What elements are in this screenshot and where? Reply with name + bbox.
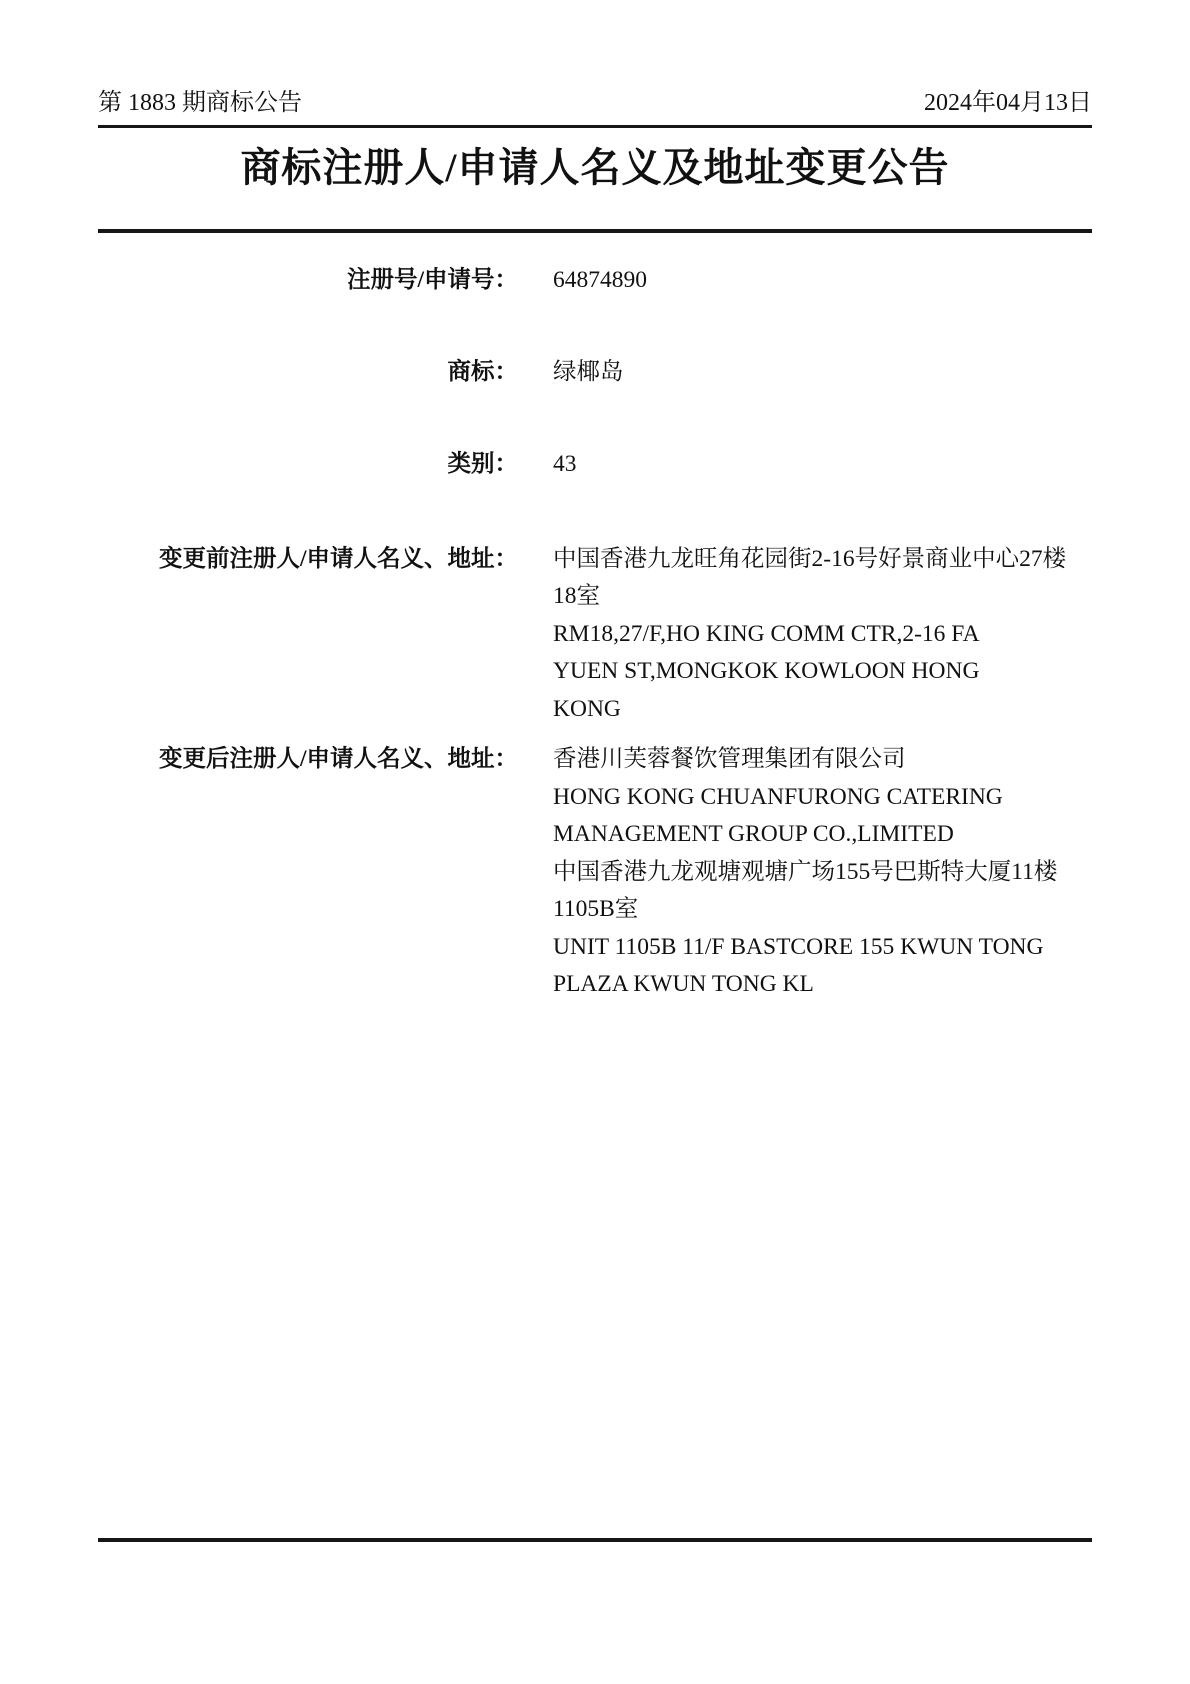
trademark-value: 绿椰岛 <box>553 354 624 392</box>
value-line: MANAGEMENT GROUP CO.,LIMITED <box>553 816 1057 854</box>
before-change-label: 变更前注册人/申请人名义、地址： <box>98 541 518 579</box>
page-header: 第 1883 期商标公告 2024年04月13日 <box>98 86 1092 120</box>
registration-number-label: 注册号/申请号： <box>98 262 518 300</box>
field-row-class: 类别： 43 <box>98 446 1092 484</box>
value-line: 1105B室 <box>553 891 1057 929</box>
class-value: 43 <box>553 446 577 484</box>
trademark-change-announcement-page: 第 1883 期商标公告 2024年04月13日 商标注册人/申请人名义及地址变… <box>0 0 1190 1684</box>
gazette-date-label: 2024年04月13日 <box>924 86 1092 120</box>
value-line: 香港川芙蓉餐饮管理集团有限公司 <box>553 741 1057 779</box>
after-change-value: 香港川芙蓉餐饮管理集团有限公司 HONG KONG CHUANFURONG CA… <box>553 741 1057 1004</box>
bottom-divider <box>98 1538 1092 1542</box>
value-line: 43 <box>553 446 577 484</box>
gazette-issue-label: 第 1883 期商标公告 <box>98 86 302 120</box>
value-line: 中国香港九龙旺角花园街2-16号好景商业中心27楼 <box>553 541 1066 579</box>
value-line: UNIT 1105B 11/F BASTCORE 155 KWUN TONG <box>553 929 1057 967</box>
registration-number-value: 64874890 <box>553 262 647 300</box>
value-line: KONG <box>553 691 1066 729</box>
value-line: 18室 <box>553 578 1066 616</box>
after-change-label: 变更后注册人/申请人名义、地址： <box>98 741 518 779</box>
field-row-after-change: 变更后注册人/申请人名义、地址： 香港川芙蓉餐饮管理集团有限公司 HONG KO… <box>98 741 1092 1004</box>
before-change-value: 中国香港九龙旺角花园街2-16号好景商业中心27楼 18室 RM18,27/F,… <box>553 541 1066 729</box>
fields-section: 注册号/申请号： 64874890 商标： 绿椰岛 类别： 43 变更前注册人/… <box>98 252 1092 1004</box>
trademark-label: 商标： <box>98 354 518 392</box>
class-label: 类别： <box>98 446 518 484</box>
value-line: PLAZA KWUN TONG KL <box>553 966 1057 1004</box>
page-title: 商标注册人/申请人名义及地址变更公告 <box>98 140 1092 196</box>
field-row-trademark: 商标： 绿椰岛 <box>98 354 1092 392</box>
value-line: RM18,27/F,HO KING COMM CTR,2-16 FA <box>553 616 1066 654</box>
header-divider <box>98 125 1092 128</box>
value-line: 绿椰岛 <box>553 354 624 392</box>
title-divider <box>98 229 1092 233</box>
value-line: YUEN ST,MONGKOK KOWLOON HONG <box>553 653 1066 691</box>
value-line: HONG KONG CHUANFURONG CATERING <box>553 779 1057 817</box>
value-line: 中国香港九龙观塘观塘广场155号巴斯特大厦11楼 <box>553 854 1057 892</box>
value-line: 64874890 <box>553 262 647 300</box>
field-row-before-change: 变更前注册人/申请人名义、地址： 中国香港九龙旺角花园街2-16号好景商业中心2… <box>98 541 1092 729</box>
field-row-registration-number: 注册号/申请号： 64874890 <box>98 262 1092 300</box>
